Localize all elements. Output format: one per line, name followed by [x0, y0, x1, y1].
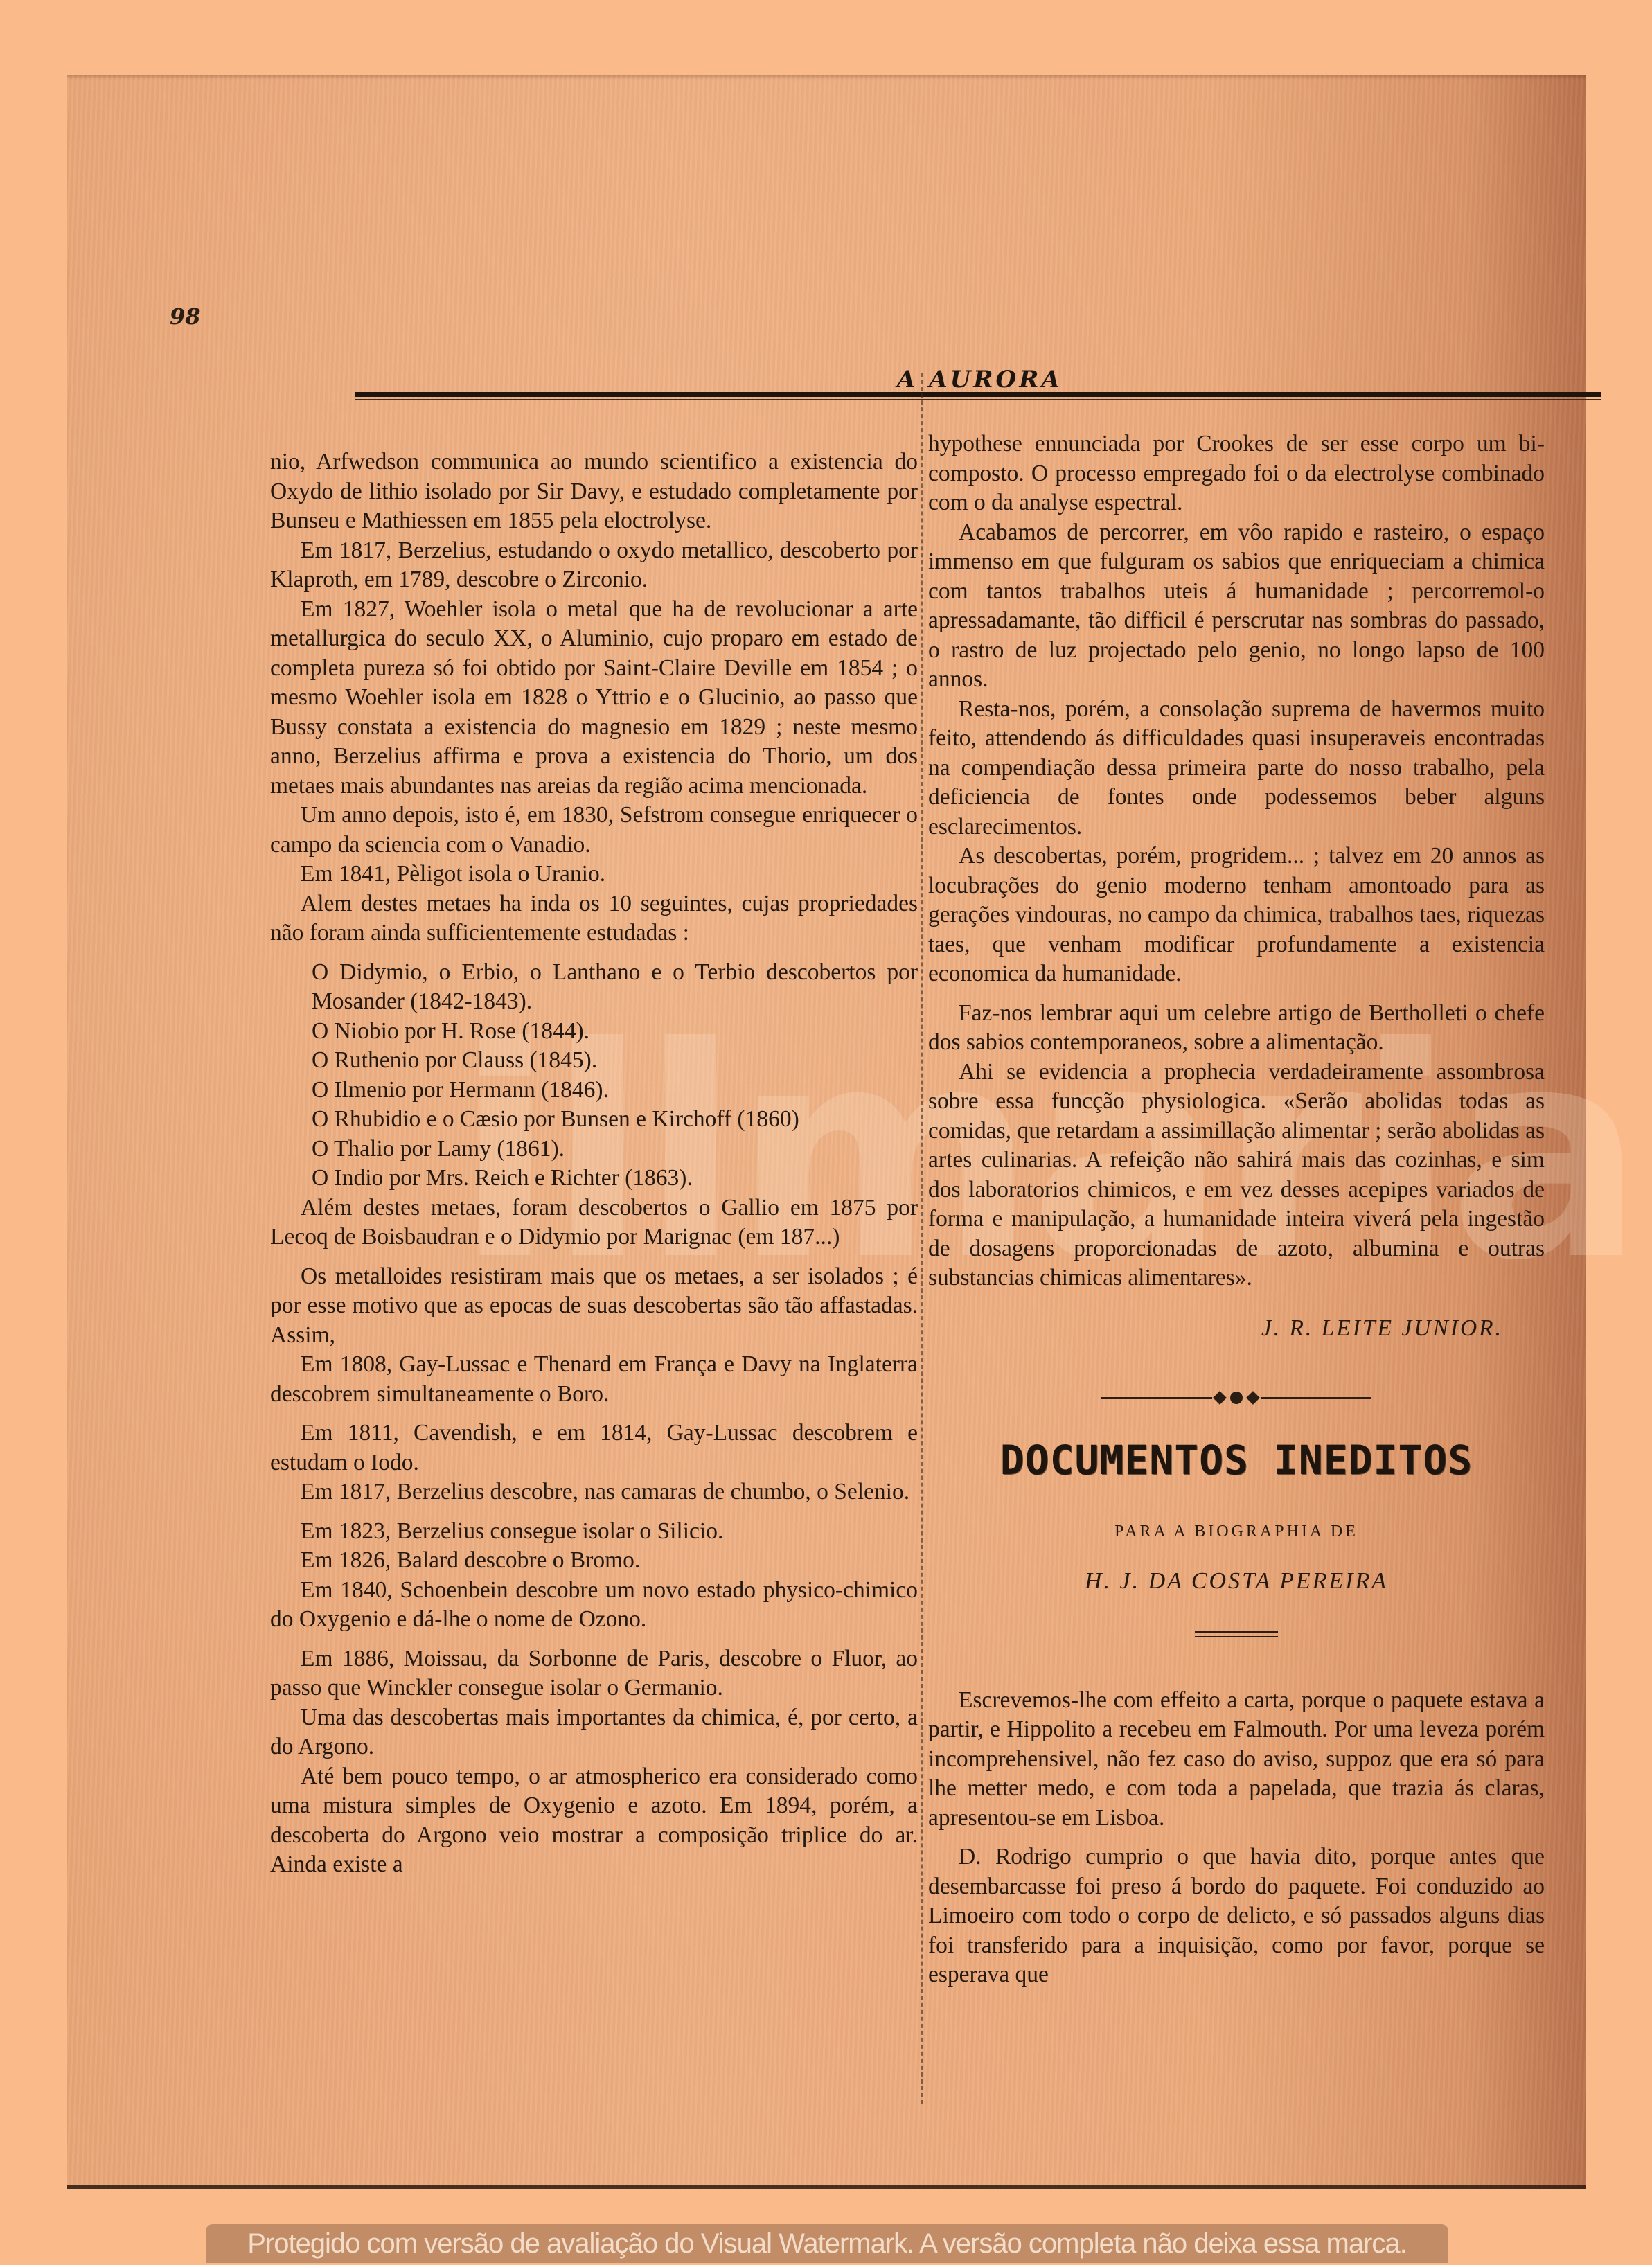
page-number: 98: [170, 303, 201, 330]
section-subject-name: H. J. DA COSTA PEREIRA: [928, 1567, 1545, 1597]
paragraph: Em 1886, Moissau, da Sorbonne de Paris, …: [270, 1644, 918, 1703]
paragraph: Os metalloides resistiram mais que os me…: [270, 1262, 918, 1351]
section-title: DOCUMENTOS INEDITOS: [928, 1446, 1545, 1475]
right-column: hypothese ennunciada por Crookes de ser …: [928, 429, 1545, 1990]
paragraph: Acabamos de percorrer, em vôo rapido e r…: [928, 518, 1545, 695]
metal-list-item: O Didymio, o Erbio, o Lanthano e o Terbi…: [270, 958, 918, 1017]
paragraph: As descobertas, porém, progridem... ; ta…: [928, 842, 1545, 989]
metal-list-item: O Ilmenio por Hermann (1846).: [270, 1076, 918, 1105]
column-divider: [921, 373, 923, 2104]
paragraph: Resta-nos, porém, a consolação suprema d…: [928, 695, 1545, 842]
paragraph: Em 1808, Gay-Lussac e Thenard em França …: [270, 1350, 918, 1409]
paragraph: Até bem pouco tempo, o ar atmospherico e…: [270, 1762, 918, 1880]
paragraph: Em 1823, Berzelius consegue isolar o Sil…: [270, 1517, 918, 1547]
ornament-diamond: [1246, 1391, 1260, 1405]
ornament-line: [1261, 1397, 1371, 1399]
paragraph: Alem destes metaes ha inda os 10 seguint…: [270, 889, 918, 948]
paragraph: D. Rodrigo cumprio o que havia dito, por…: [928, 1842, 1545, 1990]
ornament-divider: [928, 1392, 1545, 1404]
paragraph: Em 1817, Berzelius descobre, nas camaras…: [270, 1477, 918, 1507]
ornament-line: [1101, 1397, 1212, 1399]
metal-list-item: O Rhubidio e o Cæsio por Bunsen e Kircho…: [270, 1105, 918, 1135]
paragraph: Uma das descobertas mais importantes da …: [270, 1703, 918, 1762]
paragraph: Em 1817, Berzelius, estudando o oxydo me…: [270, 536, 918, 595]
ornament-dot: [1230, 1392, 1243, 1404]
paragraph: Ahi se evidencia a prophecia verdadeiram…: [928, 1058, 1545, 1293]
paragraph: Em 1826, Balard descobre o Bromo.: [270, 1546, 918, 1576]
paragraph: Além destes metaes, foram descobertos o …: [270, 1193, 918, 1252]
metal-list-item: O Niobio por H. Rose (1844).: [270, 1017, 918, 1047]
ornament-diamond: [1213, 1391, 1227, 1405]
author-signature: J. R. LEITE JUNIOR.: [928, 1314, 1545, 1344]
paragraph: Em 1827, Woehler isola o metal que ha de…: [270, 595, 918, 801]
scanned-page: illmaria 98 A AURORA nio, Arfwedson comm…: [67, 75, 1586, 2189]
header-rule: [355, 392, 1601, 400]
paragraph: Em 1841, Pèligot isola o Uranio.: [270, 860, 918, 889]
paragraph: hypothese ennunciada por Crookes de ser …: [928, 429, 1545, 518]
paragraph: Escrevemos-lhe com effeito a carta, porq…: [928, 1686, 1545, 1833]
paragraph: Faz-nos lembrar aqui um celebre artigo d…: [928, 999, 1545, 1058]
section-subtitle: PARA A BIOGRAPHIA DE: [928, 1517, 1545, 1547]
paragraph: nio, Arfwedson communica ao mundo scient…: [270, 447, 918, 536]
metal-list-item: O Indio por Mrs. Reich e Richter (1863).: [270, 1164, 918, 1193]
short-rule: [1195, 1631, 1278, 1637]
watermark-banner: Protegido com versão de avaliação do Vis…: [206, 2224, 1448, 2263]
left-column: nio, Arfwedson communica ao mundo scient…: [270, 447, 918, 1880]
paragraph: Em 1840, Schoenbein descobre um novo est…: [270, 1576, 918, 1635]
paragraph: Um anno depois, isto é, em 1830, Sefstro…: [270, 801, 918, 860]
metal-list-item: O Thalio por Lamy (1861).: [270, 1135, 918, 1164]
metal-list-item: O Ruthenio por Clauss (1845).: [270, 1046, 918, 1076]
paragraph: Em 1811, Cavendish, e em 1814, Gay-Lussa…: [270, 1419, 918, 1477]
